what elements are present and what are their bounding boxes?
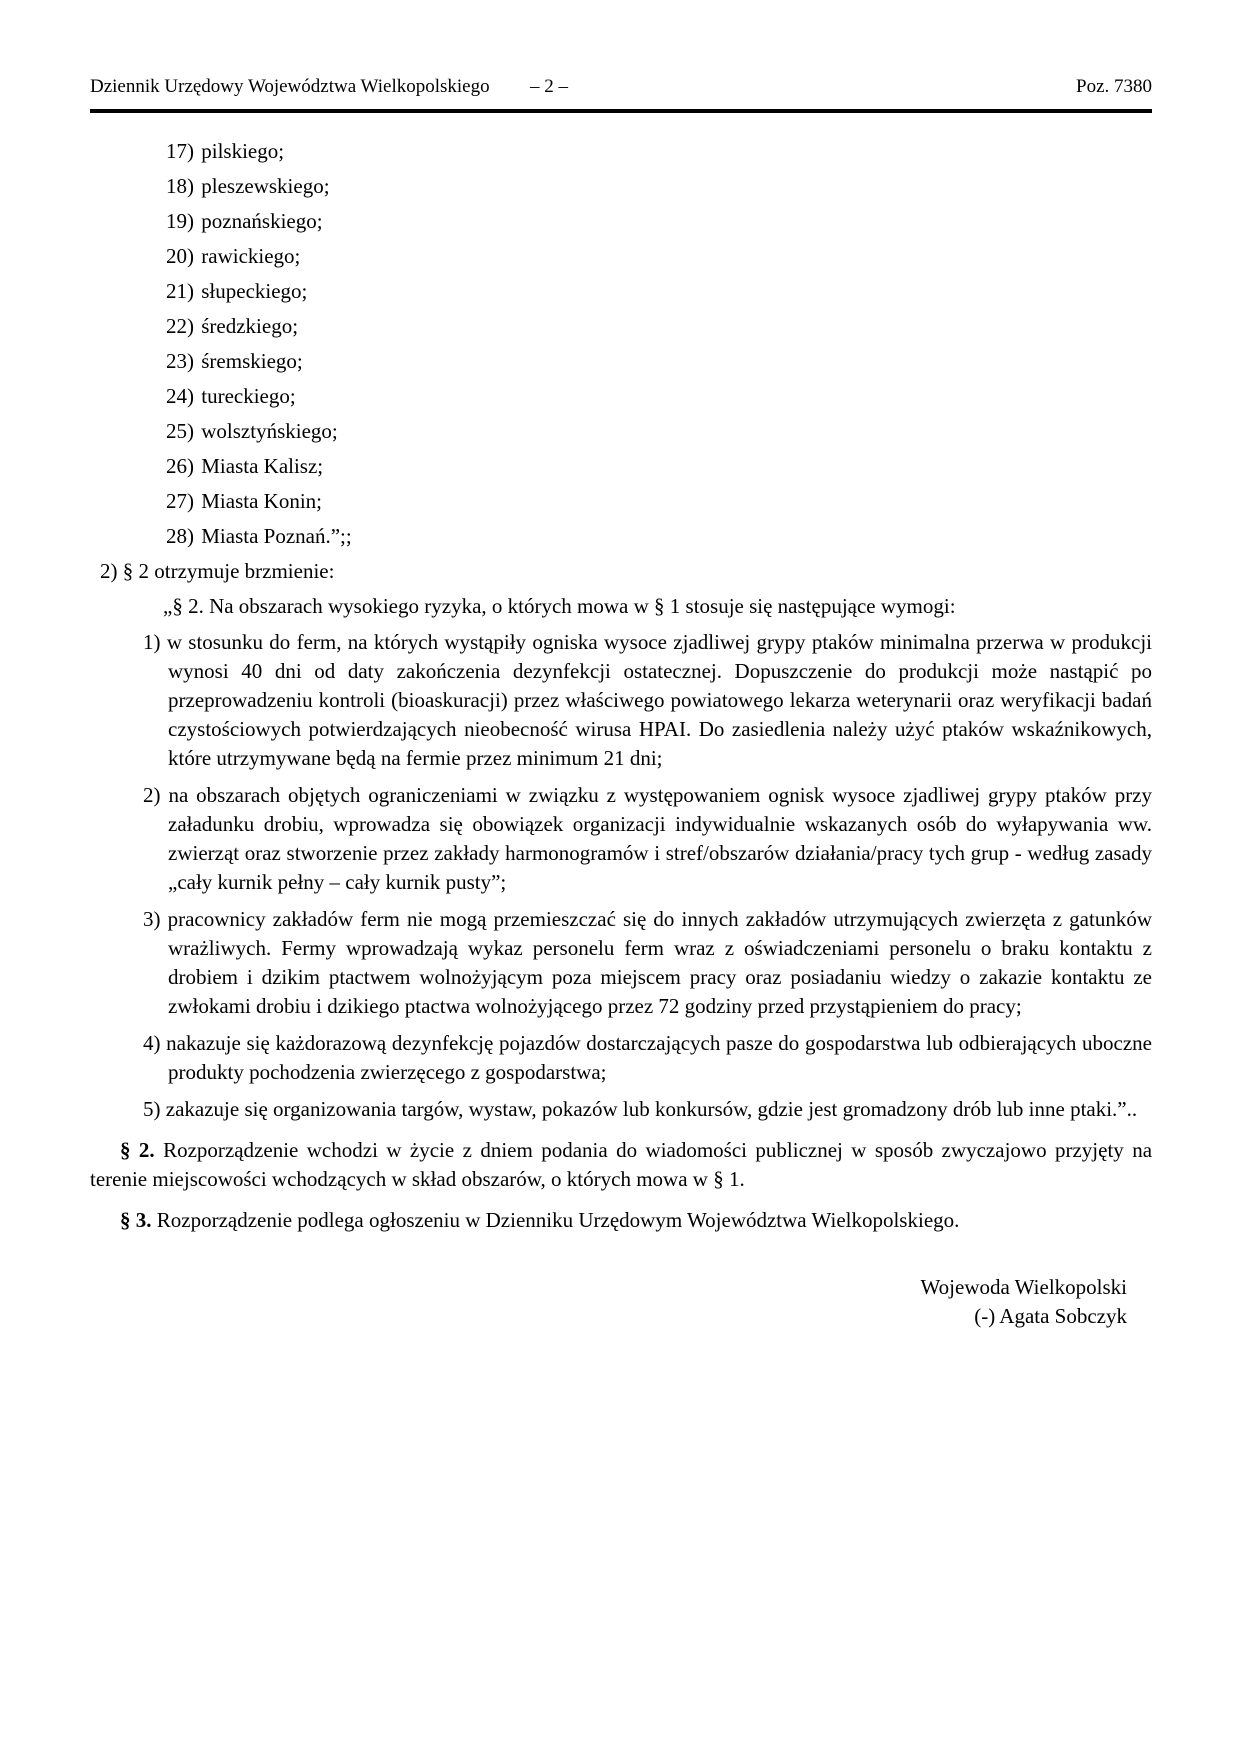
list-item-label: pilskiego;	[201, 139, 284, 163]
list-item-number: 25)	[166, 417, 196, 446]
list-item-label: średzkiego;	[201, 314, 298, 338]
document-body: 17) pilskiego; 18) pleszewskiego; 19) po…	[90, 137, 1152, 1331]
paragraph-3: § 3. Rozporządzenie podlega ogłoszeniu w…	[90, 1206, 1152, 1235]
requirement-item: 3) pracownicy zakładów ferm nie mogą prz…	[90, 905, 1152, 1021]
requirement-number: 4)	[143, 1031, 161, 1055]
header-journal-title: Dziennik Urzędowy Województwa Wielkopols…	[90, 76, 490, 98]
list-item-number: 22)	[166, 312, 196, 341]
requirement-text: pracownicy zakładów ferm nie mogą przemi…	[168, 907, 1152, 1018]
list-item-number: 20)	[166, 242, 196, 271]
paragraph-3-text: Rozporządzenie podlega ogłoszeniu w Dzie…	[157, 1208, 960, 1232]
list-item-label: pleszewskiego;	[201, 174, 329, 198]
list-item-label: Miasta Poznań.”;;	[201, 524, 351, 548]
list-item-label: słupeckiego;	[201, 279, 307, 303]
list-item: 27) Miasta Konin;	[90, 487, 1152, 516]
list-item-number: 21)	[166, 277, 196, 306]
list-item: 21) słupeckiego;	[90, 277, 1152, 306]
list-item: 17) pilskiego;	[90, 137, 1152, 166]
list-item-number: 23)	[166, 347, 196, 376]
list-item-label: Miasta Kalisz;	[201, 454, 323, 478]
list-item: 26) Miasta Kalisz;	[90, 452, 1152, 481]
requirement-number: 3)	[143, 907, 161, 931]
powiat-list: 17) pilskiego; 18) pleszewskiego; 19) po…	[90, 137, 1152, 551]
requirement-item: 5) zakazuje się organizowania targów, wy…	[90, 1095, 1152, 1124]
list-item-number: 26)	[166, 452, 196, 481]
paragraph-3-label: § 3.	[120, 1208, 152, 1232]
paragraph-2-label: § 2.	[120, 1138, 155, 1162]
list-item-number: 18)	[166, 172, 196, 201]
document-page: Dziennik Urzędowy Województwa Wielkopols…	[0, 0, 1242, 1755]
requirement-item: 4) nakazuje się każdorazową dezynfekcję …	[90, 1029, 1152, 1087]
list-item-number: 27)	[166, 487, 196, 516]
list-item-label: śremskiego;	[201, 349, 302, 373]
amendment-text: § 2 otrzymuje brzmienie:	[123, 559, 335, 583]
list-item: 23) śremskiego;	[90, 347, 1152, 376]
signature-title: Wojewoda Wielkopolski	[90, 1273, 1127, 1302]
header-page-number: – 2 –	[530, 76, 568, 98]
list-item-label: tureckiego;	[201, 384, 295, 408]
quoted-paragraph-intro: „§ 2. Na obszarach wysokiego ryzyka, o k…	[90, 592, 1152, 621]
requirement-item: 2) na obszarach objętych ograniczeniami …	[90, 781, 1152, 897]
list-item-label: rawickiego;	[201, 244, 300, 268]
list-item-number: 19)	[166, 207, 196, 236]
signature-name: (-) Agata Sobczyk	[90, 1302, 1127, 1331]
requirement-text: w stosunku do ferm, na których wystąpiły…	[167, 630, 1152, 770]
page-header: Dziennik Urzędowy Województwa Wielkopols…	[90, 76, 1152, 113]
requirement-number: 2)	[143, 783, 161, 807]
requirement-item: 1) w stosunku do ferm, na których wystąp…	[90, 628, 1152, 773]
paragraph-2: § 2. Rozporządzenie wchodzi w życie z dn…	[90, 1136, 1152, 1194]
list-item-label: poznańskiego;	[201, 209, 322, 233]
list-item: 18) pleszewskiego;	[90, 172, 1152, 201]
list-item: 25) wolsztyńskiego;	[90, 417, 1152, 446]
list-item-label: Miasta Konin;	[201, 489, 322, 513]
list-item: 28) Miasta Poznań.”;;	[90, 522, 1152, 551]
requirement-text: zakazuje się organizowania targów, wysta…	[166, 1097, 1137, 1121]
requirement-text: nakazuje się każdorazową dezynfekcję poj…	[166, 1031, 1152, 1084]
list-item: 20) rawickiego;	[90, 242, 1152, 271]
list-item: 22) średzkiego;	[90, 312, 1152, 341]
list-item: 24) tureckiego;	[90, 382, 1152, 411]
list-item-number: 24)	[166, 382, 196, 411]
list-item-number: 28)	[166, 522, 196, 551]
requirement-text: na obszarach objętych ograniczeniami w z…	[168, 783, 1152, 894]
amendment-number: 2)	[100, 559, 118, 583]
header-position-number: Poz. 7380	[1076, 76, 1152, 98]
requirement-number: 1)	[143, 630, 161, 654]
list-item-label: wolsztyńskiego;	[201, 419, 338, 443]
requirement-number: 5)	[143, 1097, 161, 1121]
signature-block: Wojewoda Wielkopolski (-) Agata Sobczyk	[90, 1273, 1152, 1331]
amendment-intro: 2) § 2 otrzymuje brzmienie:	[90, 557, 1152, 586]
list-item-number: 17)	[166, 137, 196, 166]
list-item: 19) poznańskiego;	[90, 207, 1152, 236]
paragraph-2-text: Rozporządzenie wchodzi w życie z dniem p…	[90, 1138, 1152, 1191]
